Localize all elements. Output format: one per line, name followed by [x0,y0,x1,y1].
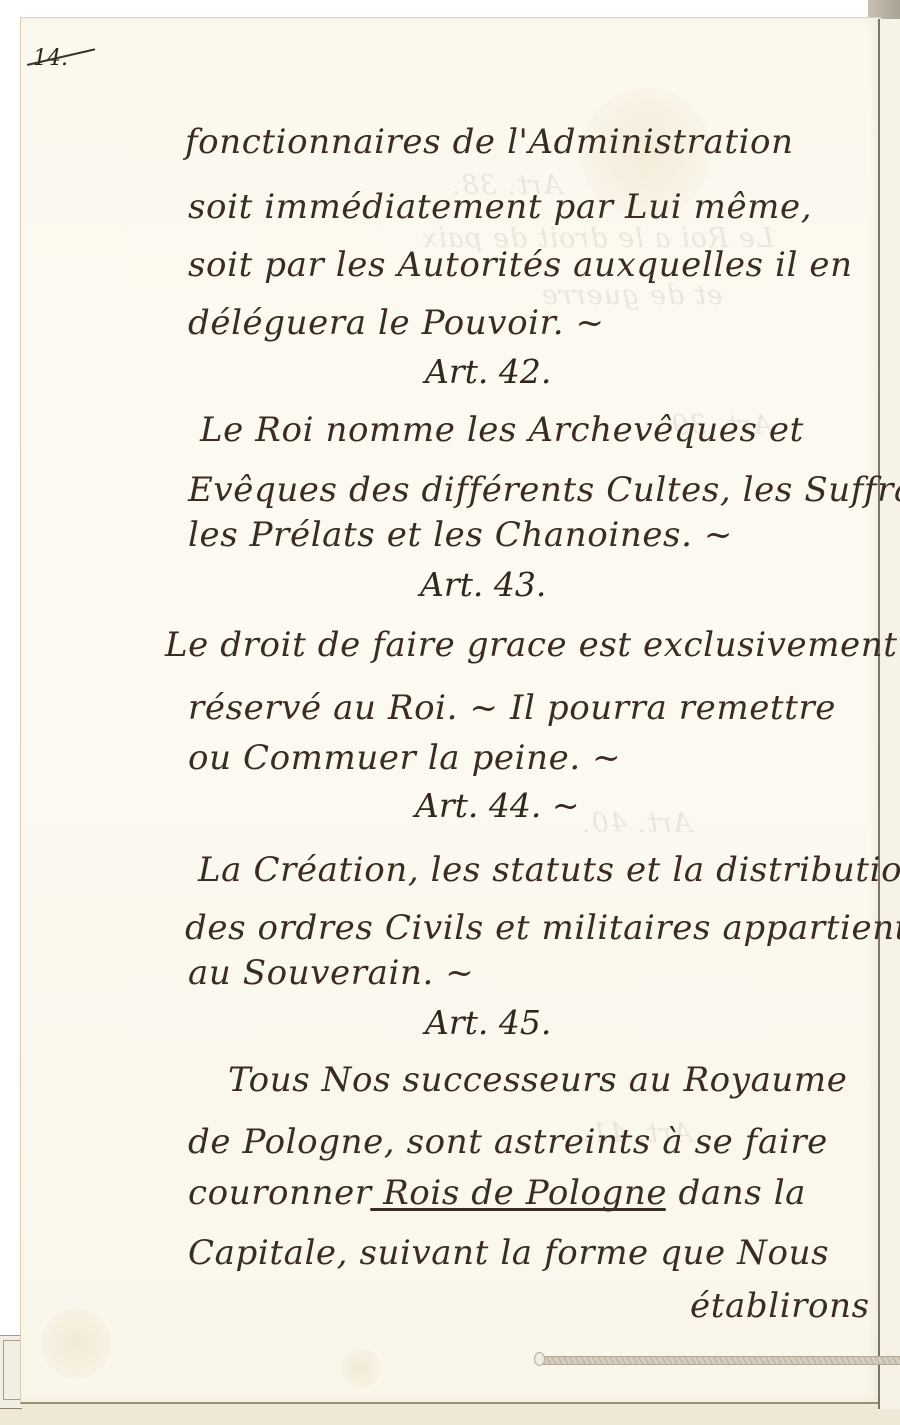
binding-cord [540,1356,900,1365]
text-line: déléguera le Pouvoir. ~ [188,303,605,343]
text-line: réservé au Roi. ~ Il pourra remettre [188,688,836,728]
text-line: soit immédiatement par Lui même, [188,187,812,227]
text-line: soit par les Autorités auxquelles il en [188,245,853,285]
text-line: les Prélats et les Chanoines. ~ [188,515,733,555]
text-line: La Création, les statuts et la distribut… [198,850,900,890]
text-line: couronner Rois de Pologne dans la [188,1173,806,1213]
article-heading-44: Art. 44. ~ [415,786,579,825]
article-heading-42: Art. 42. [425,352,551,391]
article-heading-45: Art. 45. [425,1003,551,1042]
article-heading-43: Art. 43. [420,565,546,604]
binding-hole [534,1352,545,1366]
paper-stain [341,1348,381,1388]
underlying-page-left-edge [0,1335,22,1409]
text-line: des ordres Civils et militaires appartie… [185,908,900,948]
text-line: de Pologne, sont astreints à se faire [188,1122,828,1162]
underline-rois-de-pologne [370,1208,666,1211]
text-line: Tous Nos successeurs au Royaume [228,1060,848,1100]
text-line: au Souverain. ~ [188,953,474,993]
bleed-through-text: Art. 40. [581,808,692,839]
text-line: Capitale, suivant la forme que Nous [188,1233,829,1273]
paper-stain [41,1308,111,1378]
text-line: Le Roi nomme les Archevêques et [200,410,804,450]
text-line: Evêques des différents Cultes, les Suffr… [188,470,900,510]
text-line: fonctionnaires de l'Administration [185,122,794,162]
adjacent-page-edge [878,19,900,1409]
text-line-catchword: établirons [690,1286,870,1326]
text-line: Le droit de faire grace est exclusivemen… [165,625,898,665]
text-line: ou Commuer la peine. ~ [188,738,621,778]
